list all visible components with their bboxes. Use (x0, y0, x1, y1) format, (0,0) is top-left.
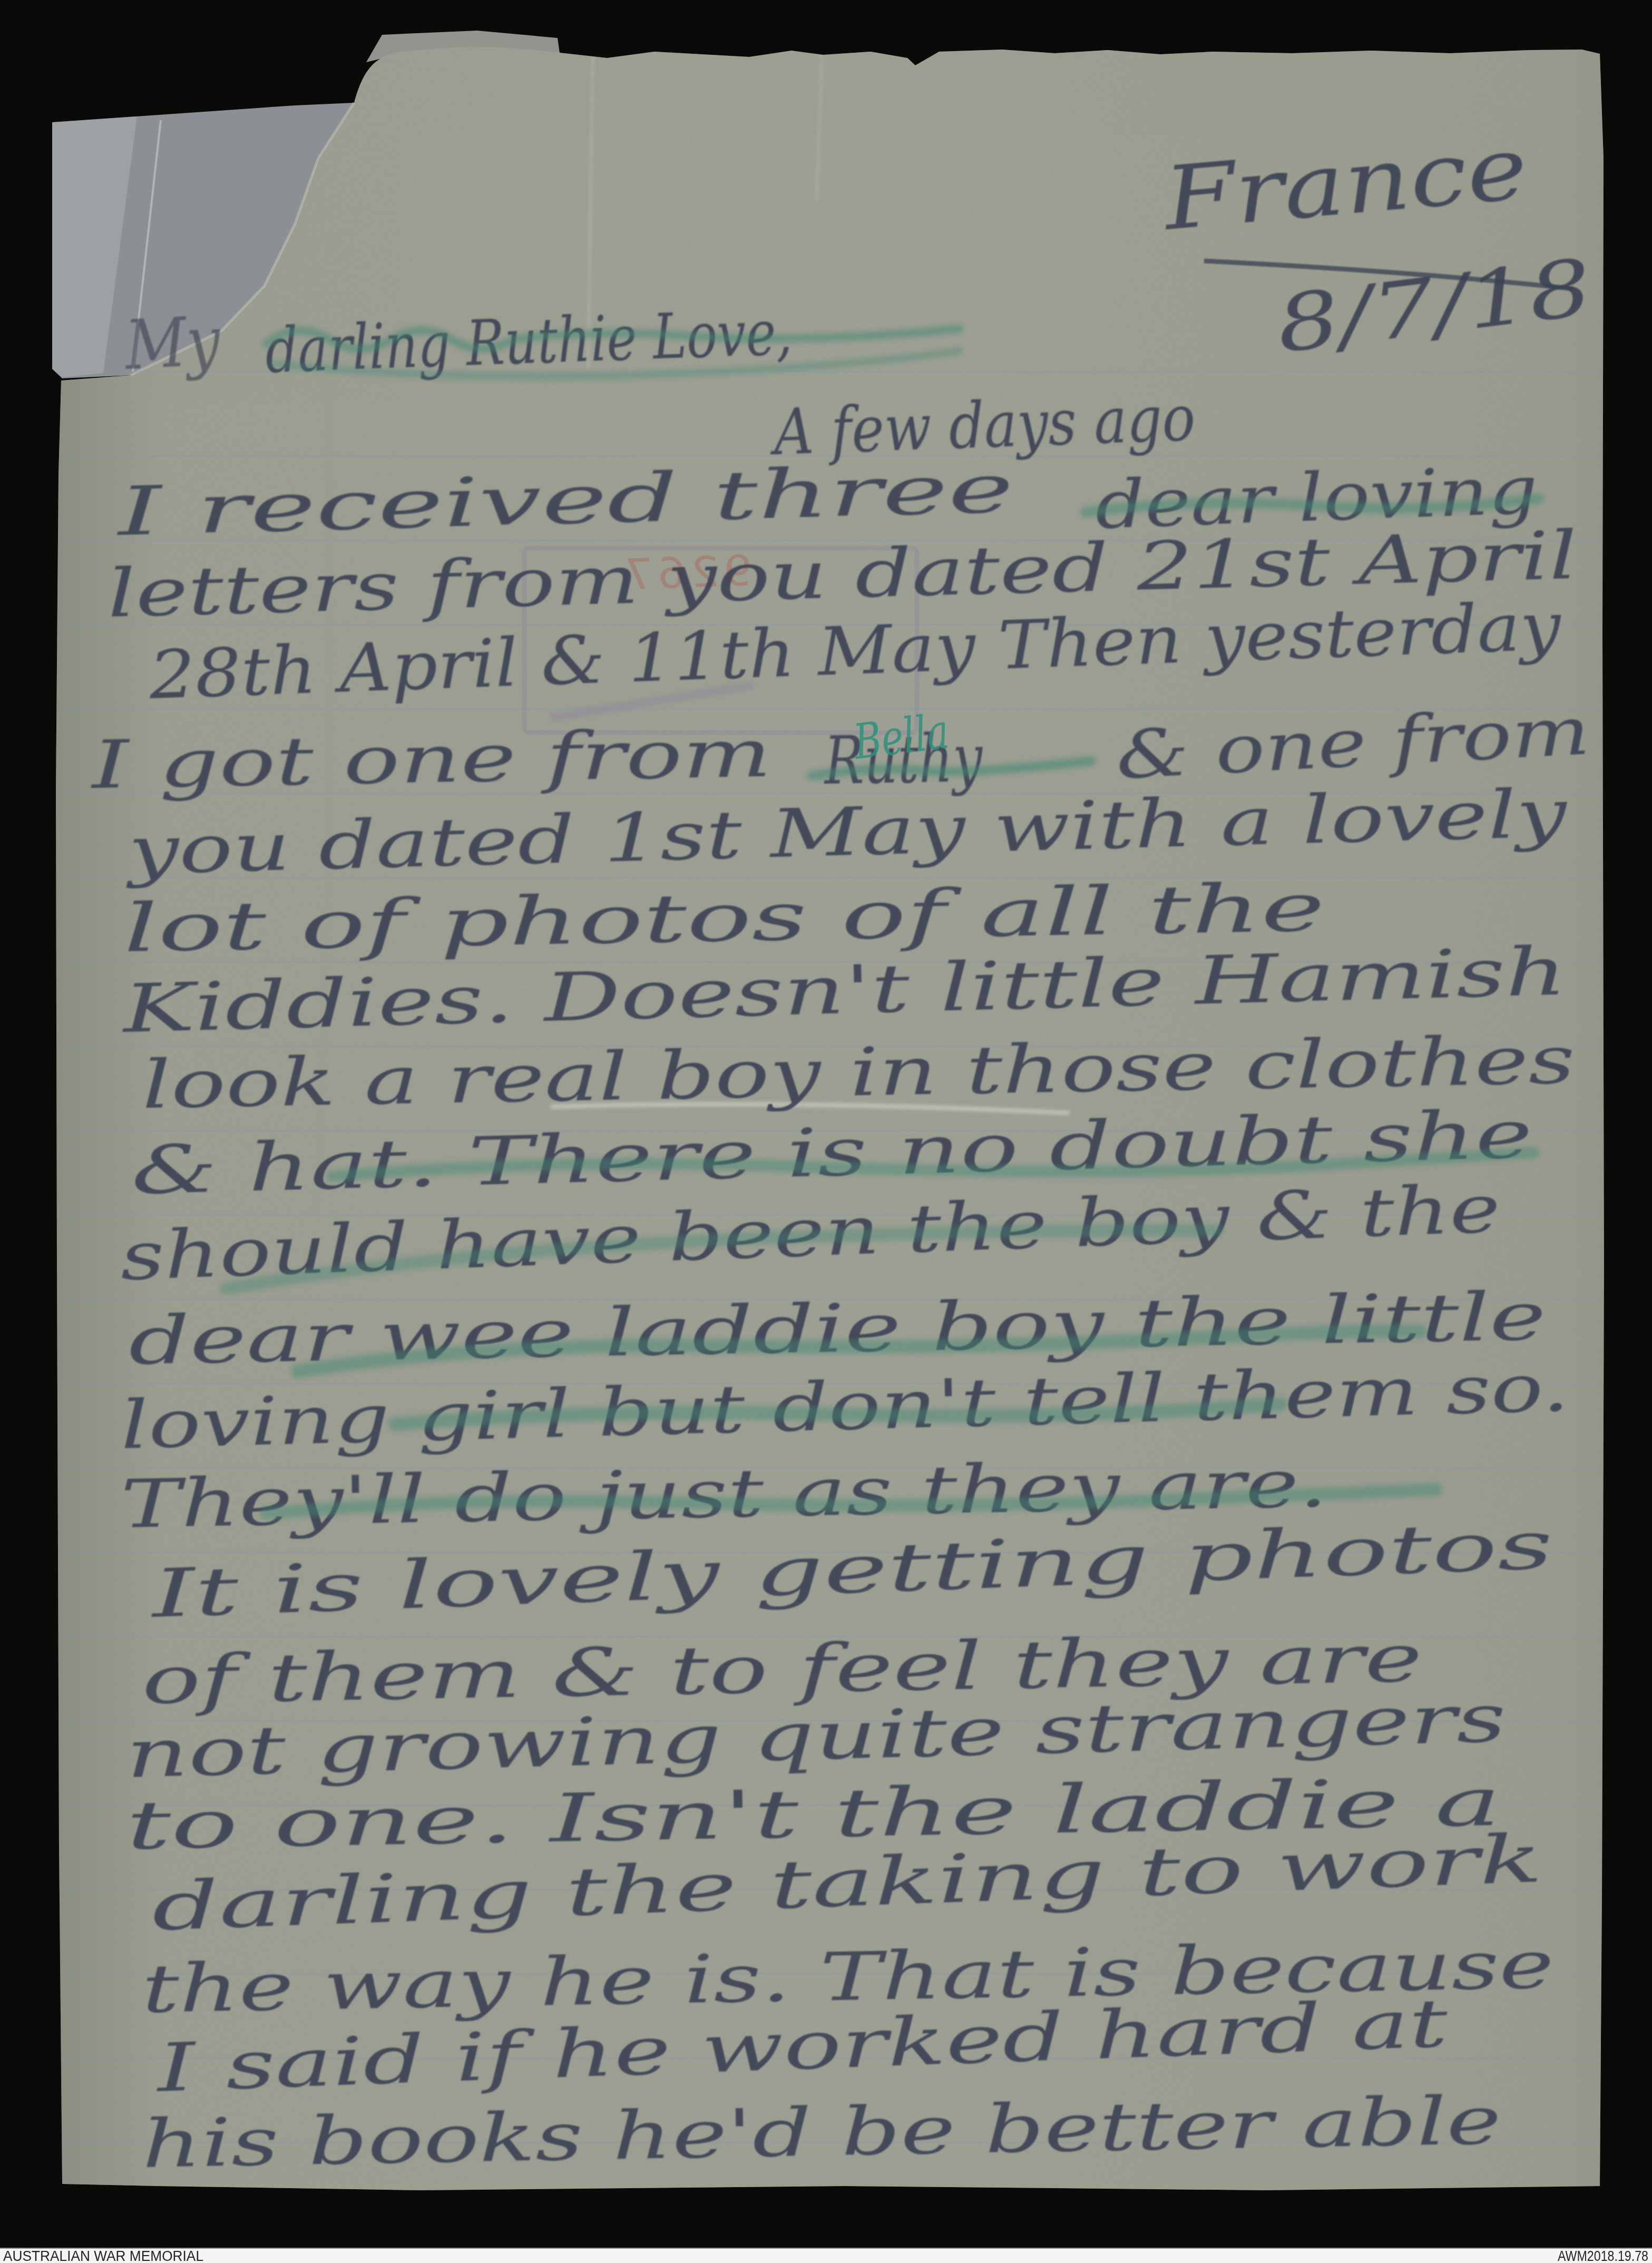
catalog-number: AWM2018.19.78 (1558, 2248, 1648, 2263)
inserted-name-bella: Bella (850, 703, 952, 770)
footer-bar (0, 2248, 1652, 2263)
handwriting-line: I got one from (90, 715, 772, 804)
scan-canvas: 9267 France My darling Ruthie Love, 8/7/… (0, 0, 1652, 2263)
green-strikethrough-dear-loving (1086, 499, 1539, 512)
footer-bar-group: AUSTRALIAN WAR MEMORIAL AWM2018.19.78 (0, 2248, 1652, 2263)
letter-scan: 9267 France My darling Ruthie Love, 8/7/… (0, 0, 1652, 2263)
archive-name: AUSTRALIAN WAR MEMORIAL (3, 2248, 203, 2263)
handwriting-line-salutation: My (122, 300, 223, 385)
